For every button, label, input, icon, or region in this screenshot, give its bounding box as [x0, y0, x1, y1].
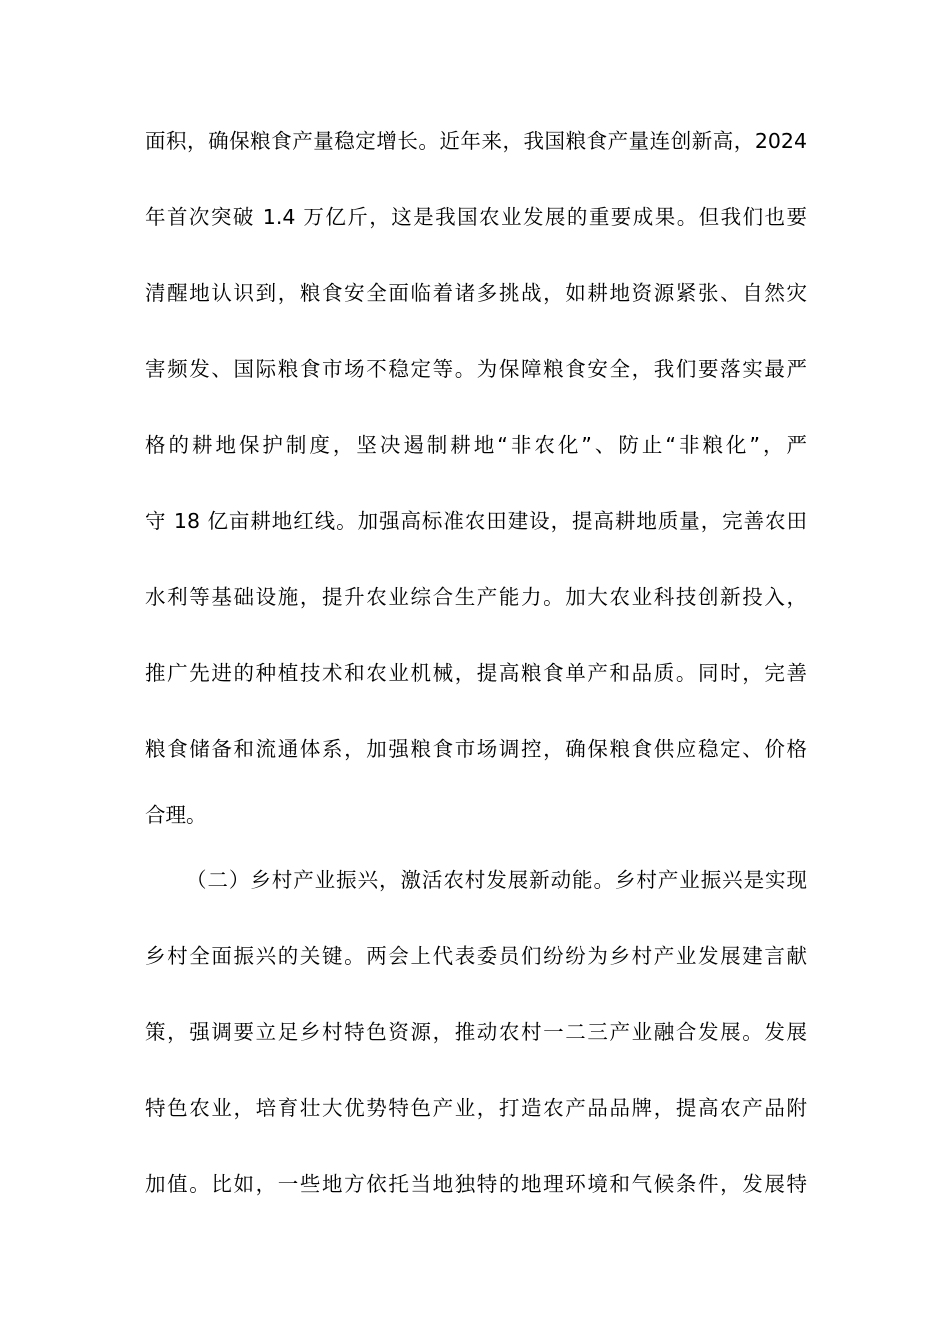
- text-line: 清醒地认识到，粮食安全面临着诸多挑战，如耕地资源紧张、自然灾: [145, 278, 807, 308]
- document-page: 面积，确保粮食产量稳定增长。近年来，我国粮食产量连创新高，2024 年首次突破 …: [0, 0, 950, 1344]
- text-line: 害频发、国际粮食市场不稳定等。为保障粮食安全，我们要落实最严: [145, 354, 807, 384]
- text-line: 面积，确保粮食产量稳定增长。近年来，我国粮食产量连创新高，2024: [145, 126, 807, 156]
- text-line-last: 合理。: [145, 800, 807, 830]
- section-heading-line: （二）乡村产业振兴，激活农村发展新动能。乡村产业振兴是实现: [186, 865, 807, 895]
- text-line: 乡村全面振兴的关键。两会上代表委员们纷纷为乡村产业发展建言献: [145, 941, 807, 971]
- text-line: 策，强调要立足乡村特色资源，推动农村一二三产业融合发展。发展: [145, 1017, 807, 1047]
- text-line: 年首次突破 1.4 万亿斤，这是我国农业发展的重要成果。但我们也要: [145, 202, 807, 232]
- text-line: 水利等基础设施，提升农业综合生产能力。加大农业科技创新投入，: [145, 582, 807, 612]
- text-line: 加值。比如，一些地方依托当地独特的地理环境和气候条件，发展特: [145, 1169, 807, 1199]
- text-line: 格的耕地保护制度，坚决遏制耕地“非农化”、防止“非粮化”，严: [145, 430, 807, 460]
- text-line: 推广先进的种植技术和农业机械，提高粮食单产和品质。同时，完善: [145, 658, 807, 688]
- text-line: 守 18 亿亩耕地红线。加强高标准农田建设，提高耕地质量，完善农田: [145, 506, 807, 536]
- text-line: 特色农业，培育壮大优势特色产业，打造农产品品牌，提高农产品附: [145, 1093, 807, 1123]
- text-line: 粮食储备和流通体系，加强粮食市场调控，确保粮食供应稳定、价格: [145, 734, 807, 764]
